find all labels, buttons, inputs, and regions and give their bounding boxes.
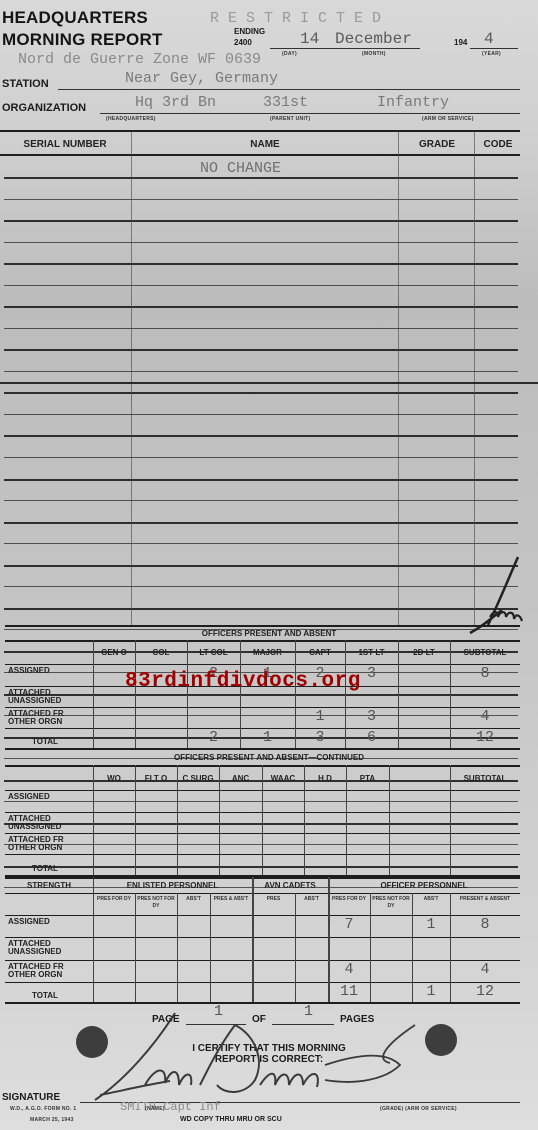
month-caption: (MONTH) (362, 51, 386, 57)
signature-label: SIGNATURE (2, 1092, 60, 1103)
ending-label: ENDING (234, 27, 265, 36)
cell-value: 3 (345, 708, 398, 725)
cell-value: 3 (295, 729, 345, 746)
table-row-line (5, 748, 520, 750)
row-label: TOTAL (32, 738, 117, 746)
roster-line (4, 586, 518, 587)
roster-top-border (0, 130, 520, 132)
group-enlisted-personnel: ENLISTED PERSONNEL (93, 881, 252, 890)
strength-label: STRENGTH (5, 881, 93, 890)
station-underline (58, 89, 520, 90)
table-row-line (5, 877, 520, 879)
table-row-line (5, 960, 520, 961)
cell-value: 1 (240, 729, 295, 746)
classification-stamp: R E S T R I C T E D (210, 10, 381, 27)
column-header: ANC (219, 774, 262, 783)
column-header: SUBTOTAL (450, 648, 520, 657)
roster-line (4, 457, 518, 458)
table-column-line (177, 893, 178, 1002)
name-caption: (NAME) (145, 1106, 165, 1112)
roster-header-border (0, 154, 520, 156)
cell-value: 4 (450, 708, 520, 725)
org-headquarters: Hq 3rd Bn (135, 94, 216, 111)
cell-value: 1 (295, 708, 345, 725)
form-date: MARCH 25, 1943 (30, 1117, 74, 1123)
roster-line (4, 522, 518, 524)
date-underline (270, 48, 420, 49)
roster-line (4, 801, 518, 802)
row-label: ATTACHED FR OTHER ORGN (8, 836, 93, 852)
roster-line (4, 414, 518, 415)
arm-caption: (ARM OR SERVICE) (422, 116, 474, 122)
roster-line (4, 392, 518, 394)
station-label: STATION (2, 78, 49, 90)
paper-fold-line (0, 382, 538, 384)
roster-column-divider (131, 131, 132, 625)
location-line: Nord de Guerre Zone WF 0639 (18, 51, 261, 68)
row-label: TOTAL (32, 992, 117, 1000)
cell-value: 4 (328, 961, 370, 978)
row-label: ASSIGNED (8, 793, 93, 801)
roster-entry-no-change: NO CHANGE (200, 160, 281, 177)
cell-value: 12 (450, 983, 520, 1000)
table-row-line (5, 640, 520, 642)
report-month: December (335, 30, 412, 48)
column-header: CAPT (295, 648, 345, 657)
column-header: WO (93, 774, 135, 783)
roster-line (4, 285, 518, 286)
row-label: ATTACHED UNASSIGNED (8, 689, 93, 705)
parent-caption: (PARENT UNIT) (270, 116, 310, 122)
table-column-line (295, 893, 296, 1002)
row-label: ASSIGNED (8, 667, 93, 675)
roster-column-divider (474, 131, 475, 625)
year-caption: (YEAR) (482, 51, 501, 57)
subcolumn-header: PRES NOT FOR DY (135, 896, 177, 910)
roster-line (4, 242, 518, 243)
officers-top-border (5, 625, 520, 627)
cell-value: 6 (345, 729, 398, 746)
officers-continued-title: OFFICERS PRESENT AND ABSENT—CONTINUED (0, 753, 538, 762)
subcolumn-header: PRES FOR DY (93, 896, 135, 903)
column-header: 2D LT (398, 648, 450, 657)
column-header: LT COL (187, 648, 240, 657)
roster-line (4, 349, 518, 351)
initials-mark (460, 555, 530, 635)
column-header: COL (135, 648, 187, 657)
column-serial-number: SERIAL NUMBER (0, 139, 130, 150)
subcolumn-header: PRES (252, 896, 295, 903)
cell-value: 12 (450, 729, 520, 746)
station-value: Near Gey, Germany (125, 70, 278, 87)
column-header: SUBTOTAL (450, 774, 520, 783)
group-officer-personnel: OFFICER PERSONNEL (328, 881, 520, 890)
roster-line (4, 371, 518, 372)
column-header: H D (304, 774, 346, 783)
table-row-line (5, 893, 520, 894)
org-parent-unit: 331st (263, 94, 308, 111)
column-name: NAME (132, 139, 398, 150)
roster-line (4, 565, 518, 567)
row-label: ATTACHED FR OTHER ORGN (8, 710, 93, 726)
roster-line (4, 199, 518, 200)
form-title-line1: HEADQUARTERS (2, 8, 148, 28)
roster-line (4, 263, 518, 265)
column-code: CODE (476, 139, 520, 150)
year-prefix: 194 (454, 38, 467, 47)
cell-value: 11 (328, 983, 370, 1000)
subcolumn-header: ABS'T (412, 896, 450, 903)
cell-value: 1 (412, 983, 450, 1000)
subcolumn-header: PRES NOT FOR DY (370, 896, 412, 910)
day-caption: (DAY) (282, 51, 297, 57)
group-avn-cadets: AVN CADETS (252, 881, 328, 890)
table-row-line (5, 937, 520, 938)
roster-line (4, 608, 518, 610)
subcolumn-header: ABS'T (177, 896, 210, 903)
row-label: TOTAL (32, 865, 117, 873)
column-header: PTA (346, 774, 389, 783)
cell-value: 1 (412, 916, 450, 933)
copy-note: WD COPY THRU MRU OR SCU (180, 1116, 282, 1123)
cell-value: 7 (328, 916, 370, 933)
handwritten-signature (85, 1005, 445, 1105)
cell-value: 8 (450, 665, 520, 682)
officers-table-title: OFFICERS PRESENT AND ABSENT (0, 629, 538, 638)
column-header: 1ST LT (345, 648, 398, 657)
grade-caption: (GRADE) (ARM OR SERVICE) (380, 1106, 457, 1112)
table-column-line (389, 765, 390, 875)
column-header: MAJOR (240, 648, 295, 657)
column-header: FLT O (135, 774, 177, 783)
roster-line (4, 435, 518, 437)
cell-value: 8 (450, 916, 520, 933)
roster-line (4, 306, 518, 308)
table-row-line (5, 707, 520, 708)
roster-line (4, 479, 518, 481)
roster-line (4, 177, 518, 179)
row-label: ATTACHED UNASSIGNED (8, 815, 93, 831)
roster-line (4, 500, 518, 501)
row-label: ATTACHED UNASSIGNED (8, 940, 93, 956)
column-grade: GRADE (400, 139, 474, 150)
roster-line (4, 328, 518, 329)
organization-underline (100, 113, 520, 114)
typed-officer-name: SMITH Capt Inf (120, 1100, 221, 1114)
subcolumn-header: PRESENT & ABSENT (450, 896, 520, 903)
morning-report-page: HEADQUARTERS MORNING REPORT R E S T R I … (0, 0, 538, 1130)
report-year-digit: 4 (484, 30, 494, 48)
subcolumn-header: PRES FOR DY (328, 896, 370, 903)
watermark: 83rdinfdivdocs.org (125, 670, 361, 693)
subcolumn-header: PRES & ABS'T (210, 896, 252, 903)
organization-label: ORGANIZATION (2, 102, 86, 114)
hq-caption: (HEADQUARTERS) (106, 116, 156, 122)
form-number: W.D., A.G.O. FORM NO. 1 (10, 1106, 76, 1112)
column-header: GEN O (93, 648, 135, 657)
cell-value: 4 (450, 961, 520, 978)
form-title-line2: MORNING REPORT (2, 30, 163, 50)
report-day: 14 (300, 30, 319, 48)
table-column-line (210, 893, 211, 1002)
row-label: ATTACHED FR OTHER ORGN (8, 963, 93, 979)
table-row-line (5, 1002, 520, 1004)
org-arm-service: Infantry (377, 94, 449, 111)
roster-column-divider (398, 131, 399, 625)
subcolumn-header: ABS'T (295, 896, 328, 903)
column-header: WAAC (262, 774, 304, 783)
row-label: ASSIGNED (8, 918, 93, 926)
cell-value: 2 (187, 729, 240, 746)
ending-time: 2400 (234, 38, 252, 47)
roster-line (4, 220, 518, 222)
roster-line (4, 543, 518, 544)
year-underline (470, 48, 518, 49)
column-header: C SURG (177, 774, 219, 783)
